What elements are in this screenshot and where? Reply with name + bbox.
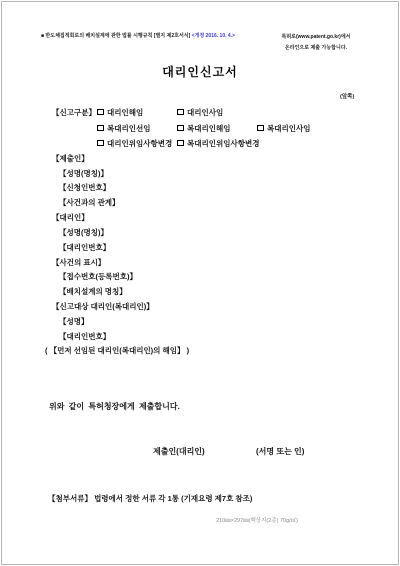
agent-resignation-checkbox[interactable] [177,109,184,116]
option-agent-delegation-change: 대리인위임사항변경 [97,138,172,149]
online-notice-line1: 특허로(www.patent.go.kr)에서 [282,34,351,40]
field-submitter-name: 【성명(명칭)】 [59,168,108,179]
field-agent: 【대리인】 [52,212,89,223]
field-layout-design-title: 【배치설계의 명칭】 [59,286,127,297]
field-target-agent-number: 【대리인번호】 [59,331,110,342]
field-target-agent: 【신고대상 대리인(복대리인)】 [52,301,154,312]
field-submitter: 【제출인】 [52,153,89,164]
page-border [1,1,399,565]
option-subagent-dismissal: 복대리인해임 [177,123,230,134]
option-agent-resignation: 대리인사임 [177,107,223,118]
page-side-label: (앞쪽) [340,92,354,100]
subagent-delegation-change-checkbox[interactable] [177,140,184,147]
attachments-note: 【첨부서류】 법령에서 정한 서류 각 1통 (기재요령 제7호 참조) [48,493,252,504]
report-category-label: 【신고구분】 [52,107,96,118]
declaration-text: 위와 같이 특허청장에게 제출합니다. [49,401,180,412]
option-agent-dismissal-label: 대리인해임 [107,108,143,117]
paper-spec-note: 210㎜×297㎜(백상지(2종) 70g/㎡) [216,516,298,524]
option-subagent-dismissal-label: 복대리인해임 [187,124,230,133]
field-applicant-number: 【신청인번호】 [59,182,110,193]
agent-dismissal-checkbox[interactable] [97,109,104,116]
field-receipt-number: 【접수번호(등록번호)】 [59,271,137,282]
revision-note: <개정 2016. 10. 4.> [192,33,235,39]
agent-delegation-change-checkbox[interactable] [97,140,104,147]
option-subagent-appointment: 복대리인선임 [97,123,150,134]
subagent-appointment-checkbox[interactable] [97,125,104,132]
signature-seal-label: (서명 또는 인) [256,446,304,457]
option-subagent-delegation-change-label: 복대리인위임사항변경 [187,139,259,148]
subagent-dismissal-checkbox[interactable] [177,125,184,132]
option-subagent-resignation: 복대리인사임 [257,123,310,134]
online-submission-notice: 특허로(www.patent.go.kr)에서 온라인으로 제출 가능합니다. [268,32,364,54]
form-law-reference: ■ 반도체집적회로의 배치설계에 관한 법률 시행규칙 [별지 제2호서식] <… [41,32,235,39]
option-agent-dismissal: 대리인해임 [97,107,143,118]
option-subagent-appointment-label: 복대리인선임 [107,124,150,133]
field-prior-agent-dismissal: ( 【먼저 선임된 대리인(복대리인)의 해임】 ) [45,345,189,356]
form-page: ■ 반도체집적회로의 배치설계에 관한 법률 시행규칙 [별지 제2호서식] <… [0,0,400,566]
field-agent-number: 【대리인번호】 [59,242,110,253]
law-reference-text: ■ 반도체집적회로의 배치설계에 관한 법률 시행규칙 [별지 제2호서식] [41,33,190,39]
form-title: 대리인신고서 [0,63,400,80]
field-target-agent-name: 【성명】 [59,316,89,327]
option-subagent-delegation-change: 복대리인위임사항변경 [177,138,259,149]
online-notice-line2: 온라인으로 제출 가능합니다. [285,45,347,51]
field-agent-name: 【성명(명칭)】 [59,227,108,238]
option-agent-delegation-change-label: 대리인위임사항변경 [107,139,172,148]
field-case-indication: 【사건의 표시】 [52,257,105,268]
option-agent-resignation-label: 대리인사임 [187,108,223,117]
option-subagent-resignation-label: 복대리인사임 [267,124,310,133]
subagent-resignation-checkbox[interactable] [257,125,264,132]
submitter-signature-label: 제출인(대리인) [153,446,205,457]
field-case-relation: 【사건과의 관계】 [59,197,120,208]
